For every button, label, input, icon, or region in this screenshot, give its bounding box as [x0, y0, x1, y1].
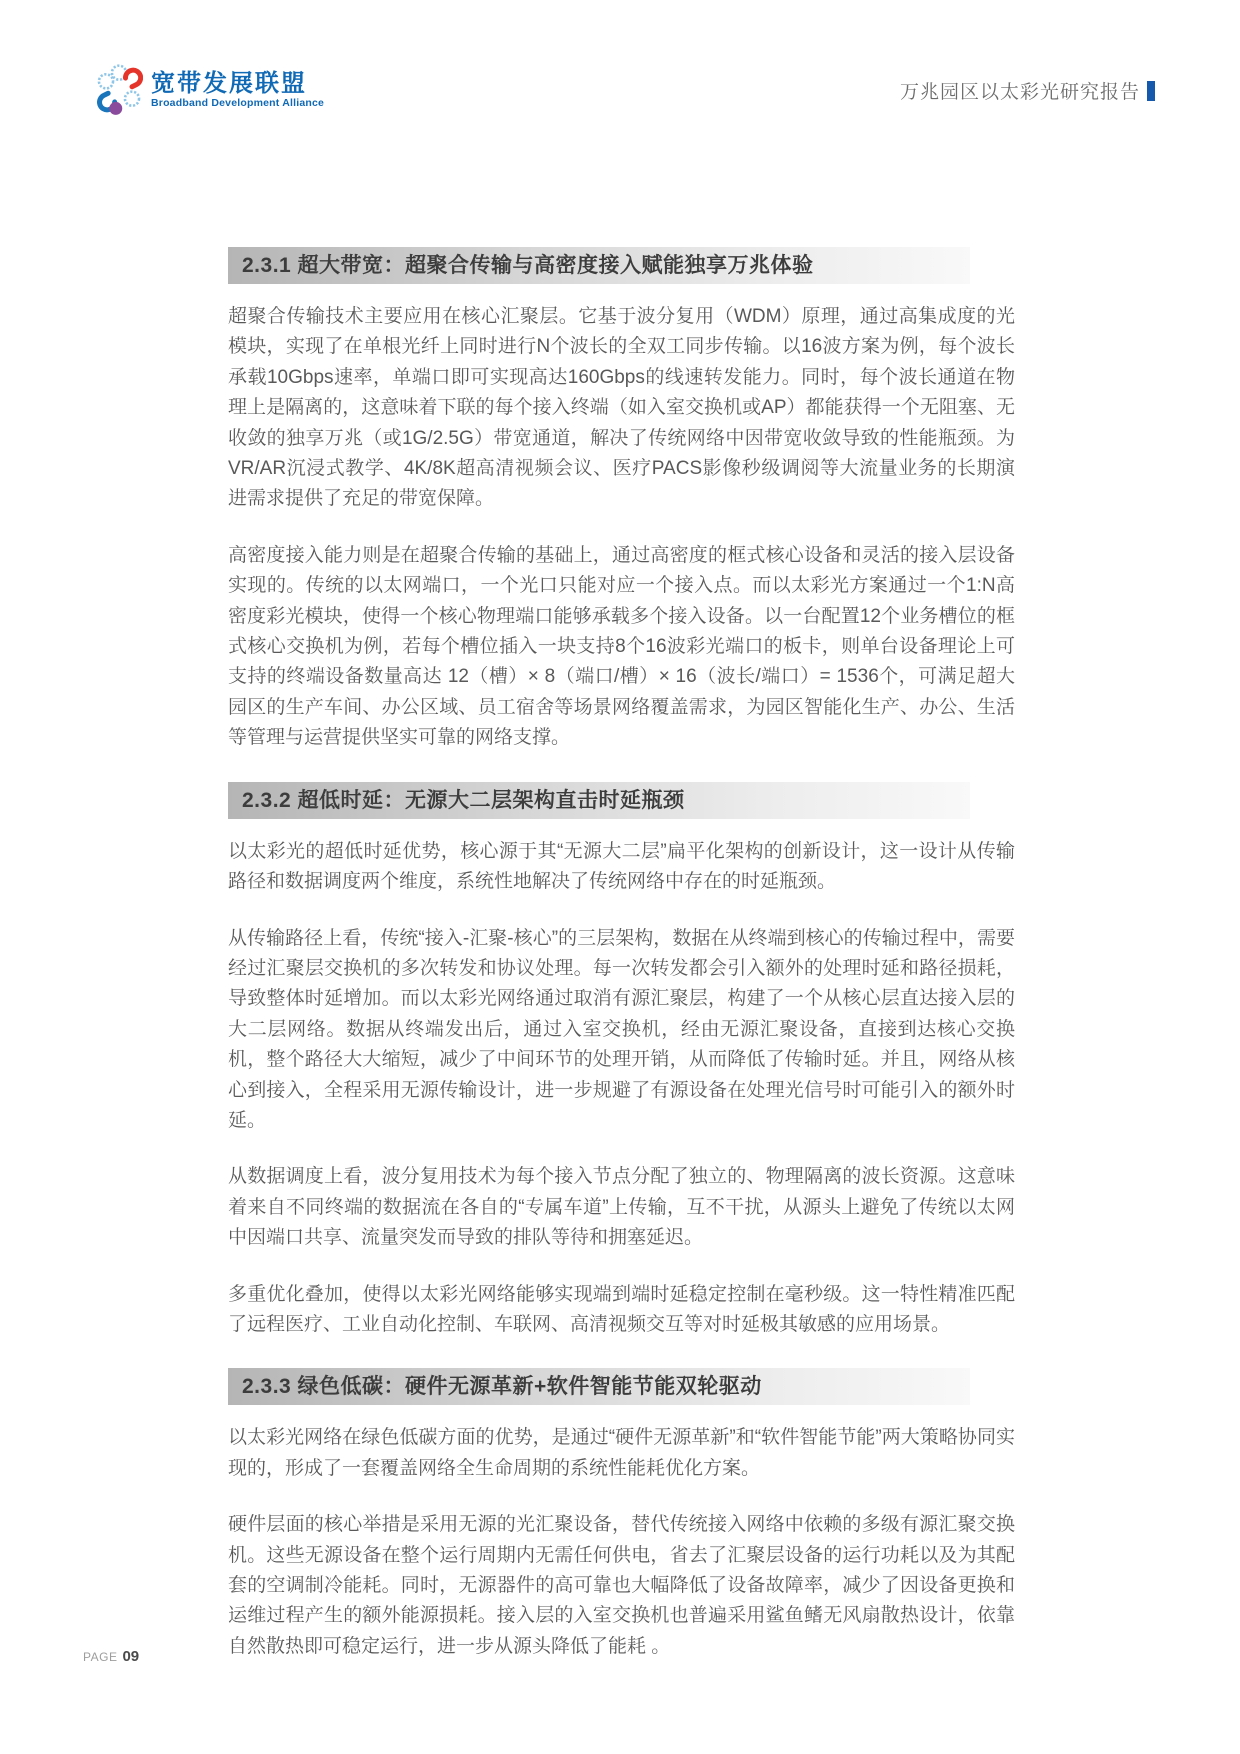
- paragraph: 超聚合传输技术主要应用在核心汇聚层。它基于波分复用（WDM）原理，通过高集成度的…: [228, 302, 1015, 515]
- paragraph: 从数据调度上看，波分复用技术为每个接入节点分配了独立的、物理隔离的波长资源。这意…: [228, 1162, 1015, 1253]
- title-accent-bar: [1147, 81, 1155, 101]
- report-section: 2.3.2 超低时延：无源大二层架构直击时延瓶颈 以太彩光的超低时延优势，核心源…: [228, 782, 1015, 1341]
- report-section: 2.3.3 绿色低碳：硬件无源革新+软件智能节能双轮驱动 以太彩光网络在绿色低碳…: [228, 1368, 1015, 1662]
- page-label: PAGE: [83, 1650, 117, 1664]
- paragraph: 多重优化叠加，使得以太彩光网络能够实现端到端时延稳定控制在毫秒级。这一特性精准匹…: [228, 1280, 1015, 1341]
- report-section: 2.3.1 超大带宽：超聚合传输与高密度接入赋能独享万兆体验 超聚合传输技术主要…: [228, 247, 1015, 754]
- bda-logo: 宽带发展联盟 Broadband Development Alliance: [95, 64, 324, 116]
- section-paragraphs: 以太彩光的超低时延优势，核心源于其“无源大二层”扁平化架构的创新设计，这一设计从…: [228, 837, 1015, 1341]
- paragraph: 以太彩光的超低时延优势，核心源于其“无源大二层”扁平化架构的创新设计，这一设计从…: [228, 837, 1015, 898]
- section-heading: 2.3.1 超大带宽：超聚合传输与高密度接入赋能独享万兆体验: [228, 247, 970, 284]
- bda-logo-text: 宽带发展联盟 Broadband Development Alliance: [151, 71, 324, 110]
- section-heading: 2.3.3 绿色低碳：硬件无源革新+软件智能节能双轮驱动: [228, 1368, 970, 1405]
- document-title-text: 万兆园区以太彩光研究报告: [900, 77, 1140, 104]
- logo-en-name: Broadband Development Alliance: [151, 97, 324, 110]
- content-column: 2.3.1 超大带宽：超聚合传输与高密度接入赋能独享万兆体验 超聚合传输技术主要…: [228, 247, 1015, 1688]
- paragraph: 高密度接入能力则是在超聚合传输的基础上，通过高密度的框式核心设备和灵活的接入层设…: [228, 541, 1015, 754]
- section-paragraphs: 以太彩光网络在绿色低碳方面的优势，是通过“硬件无源革新”和“软件智能节能”两大策…: [228, 1423, 1015, 1662]
- document-title: 万兆园区以太彩光研究报告: [900, 77, 1155, 104]
- paragraph: 硬件层面的核心举措是采用无源的光汇聚设备，替代传统接入网络中依赖的多级有源汇聚交…: [228, 1510, 1015, 1662]
- paragraph: 从传输路径上看，传统“接入-汇聚-核心”的三层架构，数据在从终端到核心的传输过程…: [228, 924, 1015, 1137]
- section-heading: 2.3.2 超低时延：无源大二层架构直击时延瓶颈: [228, 782, 970, 819]
- page-number: 09: [122, 1648, 139, 1665]
- logo-cn-name: 宽带发展联盟: [151, 71, 324, 97]
- paragraph: 以太彩光网络在绿色低碳方面的优势，是通过“硬件无源革新”和“软件智能节能”两大策…: [228, 1423, 1015, 1484]
- bda-logo-icon: [95, 64, 143, 116]
- page-footer: PAGE 09: [83, 1648, 139, 1665]
- section-paragraphs: 超聚合传输技术主要应用在核心汇聚层。它基于波分复用（WDM）原理，通过高集成度的…: [228, 302, 1015, 754]
